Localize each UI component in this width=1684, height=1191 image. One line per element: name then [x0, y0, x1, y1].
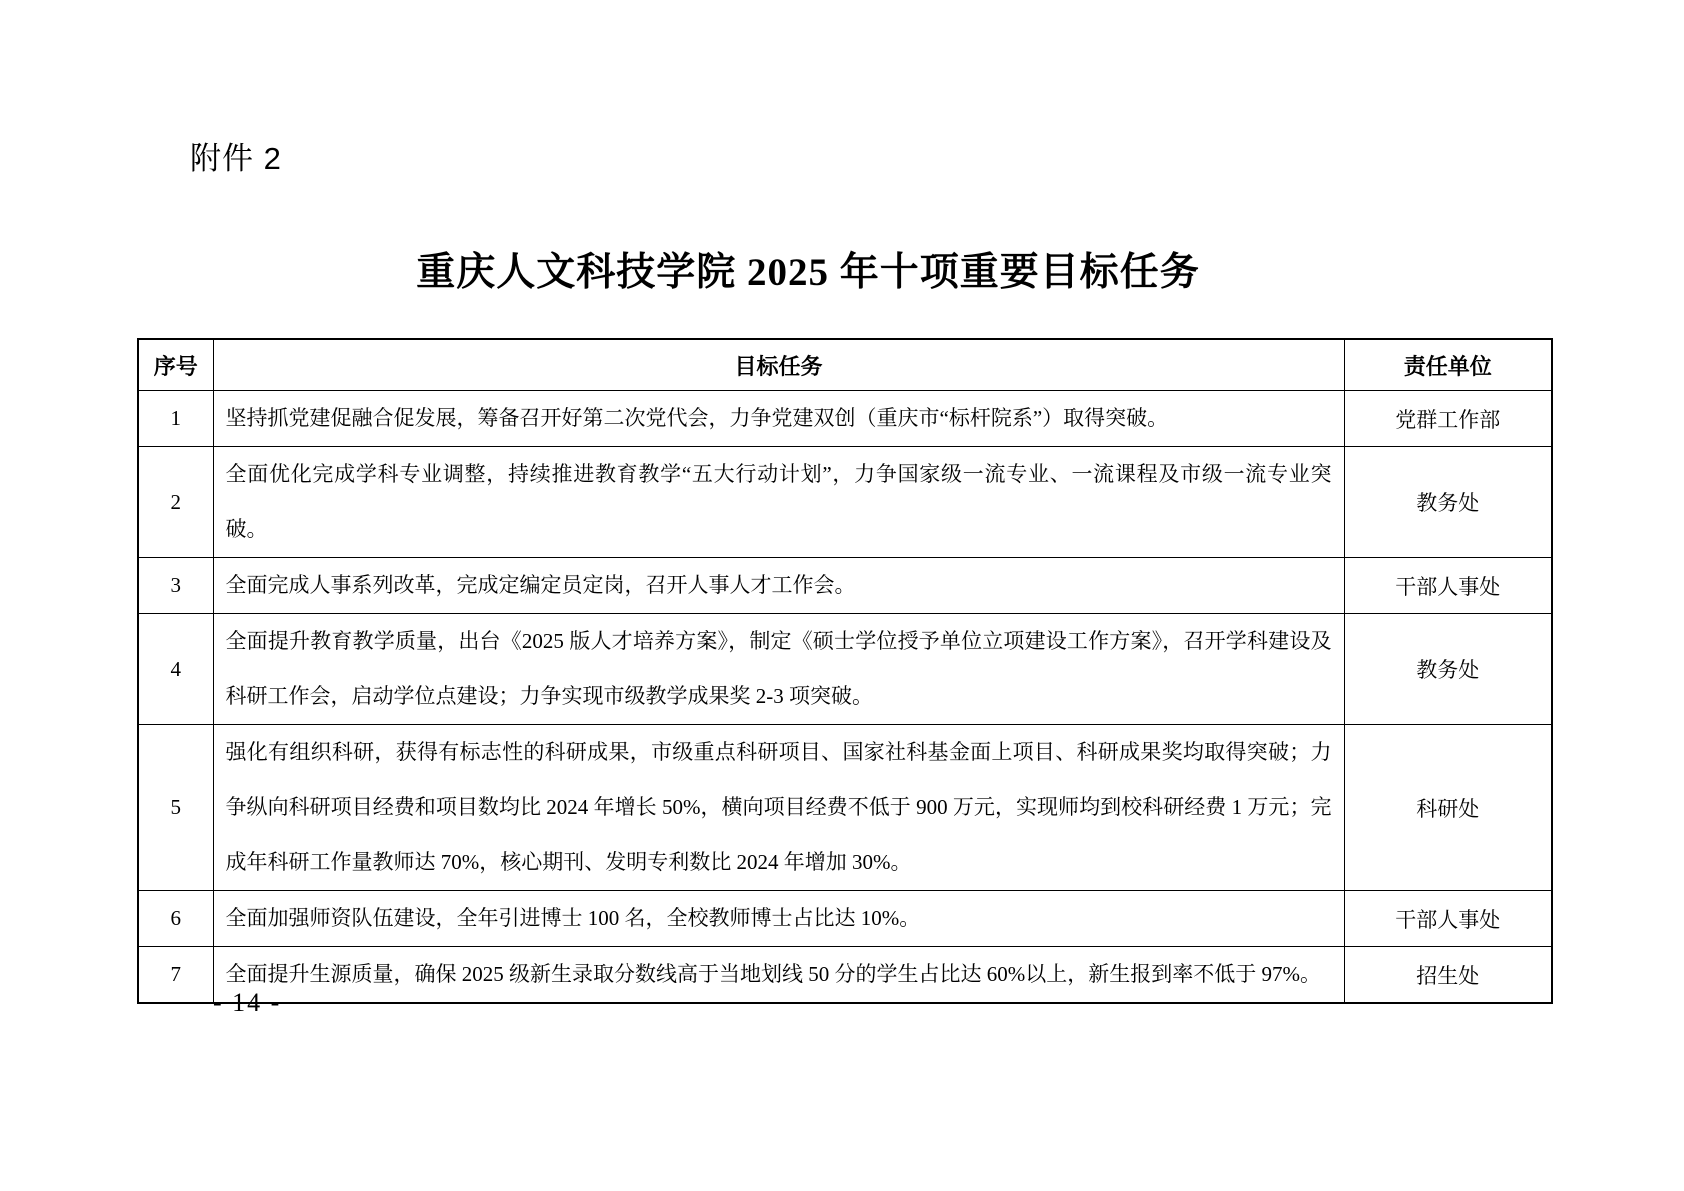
task-cell: 坚持抓党建促融合促发展，筹备召开好第二次党代会，力争党建双创（重庆市“标杆院系”… [213, 391, 1344, 447]
attachment-label: 附件 2 [190, 133, 282, 178]
col-header-task: 目标任务 [213, 339, 1344, 391]
unit-cell: 科研处 [1344, 725, 1552, 891]
unit-cell: 干部人事处 [1344, 558, 1552, 614]
table-header-row: 序号 目标任务 责任单位 [138, 339, 1552, 391]
unit-cell: 教务处 [1344, 447, 1552, 558]
unit-cell: 干部人事处 [1344, 891, 1552, 947]
row-index-cell: 3 [138, 558, 213, 614]
task-cell: 全面提升生源质量，确保 2025 级新生录取分数线高于当地划线 50 分的学生占… [213, 947, 1344, 1004]
table-row: 1 坚持抓党建促融合促发展，筹备召开好第二次党代会，力争党建双创（重庆市“标杆院… [138, 391, 1552, 447]
row-index-cell: 6 [138, 891, 213, 947]
unit-cell: 党群工作部 [1344, 391, 1552, 447]
tasks-table: 序号 目标任务 责任单位 1 坚持抓党建促融合促发展，筹备召开好第二次党代会，力… [137, 338, 1553, 1004]
table-row: 2 全面优化完成学科专业调整，持续推进教育教学“五大行动计划”，力争国家级一流专… [138, 447, 1552, 558]
table-row: 4 全面提升教育教学质量，出台《2025 版人才培养方案》，制定《硕士学位授予单… [138, 614, 1552, 725]
table-body: 1 坚持抓党建促融合促发展，筹备召开好第二次党代会，力争党建双创（重庆市“标杆院… [138, 391, 1552, 1004]
page-number: - 14 - [213, 988, 281, 1018]
page-title: 重庆人文科技学院 2025 年十项重要目标任务 [100, 241, 1516, 297]
table-row: 5 强化有组织科研，获得有标志性的科研成果，市级重点科研项目、国家社科基金面上项… [138, 725, 1552, 891]
table-row: 7 全面提升生源质量，确保 2025 级新生录取分数线高于当地划线 50 分的学… [138, 947, 1552, 1004]
unit-cell: 招生处 [1344, 947, 1552, 1004]
col-header-unit: 责任单位 [1344, 339, 1552, 391]
task-cell: 全面提升教育教学质量，出台《2025 版人才培养方案》，制定《硕士学位授予单位立… [213, 614, 1344, 725]
table-row: 3 全面完成人事系列改革，完成定编定员定岗，召开人事人才工作会。 干部人事处 [138, 558, 1552, 614]
col-header-index: 序号 [138, 339, 213, 391]
unit-cell: 教务处 [1344, 614, 1552, 725]
task-cell: 强化有组织科研，获得有标志性的科研成果，市级重点科研项目、国家社科基金面上项目、… [213, 725, 1344, 891]
row-index-cell: 2 [138, 447, 213, 558]
task-cell: 全面优化完成学科专业调整，持续推进教育教学“五大行动计划”，力争国家级一流专业、… [213, 447, 1344, 558]
row-index-cell: 1 [138, 391, 213, 447]
task-cell: 全面完成人事系列改革，完成定编定员定岗，召开人事人才工作会。 [213, 558, 1344, 614]
row-index-cell: 5 [138, 725, 213, 891]
row-index-cell: 4 [138, 614, 213, 725]
task-cell: 全面加强师资队伍建设，全年引进博士 100 名，全校教师博士占比达 10%。 [213, 891, 1344, 947]
row-index-cell: 7 [138, 947, 213, 1004]
table-row: 6 全面加强师资队伍建设，全年引进博士 100 名，全校教师博士占比达 10%。… [138, 891, 1552, 947]
